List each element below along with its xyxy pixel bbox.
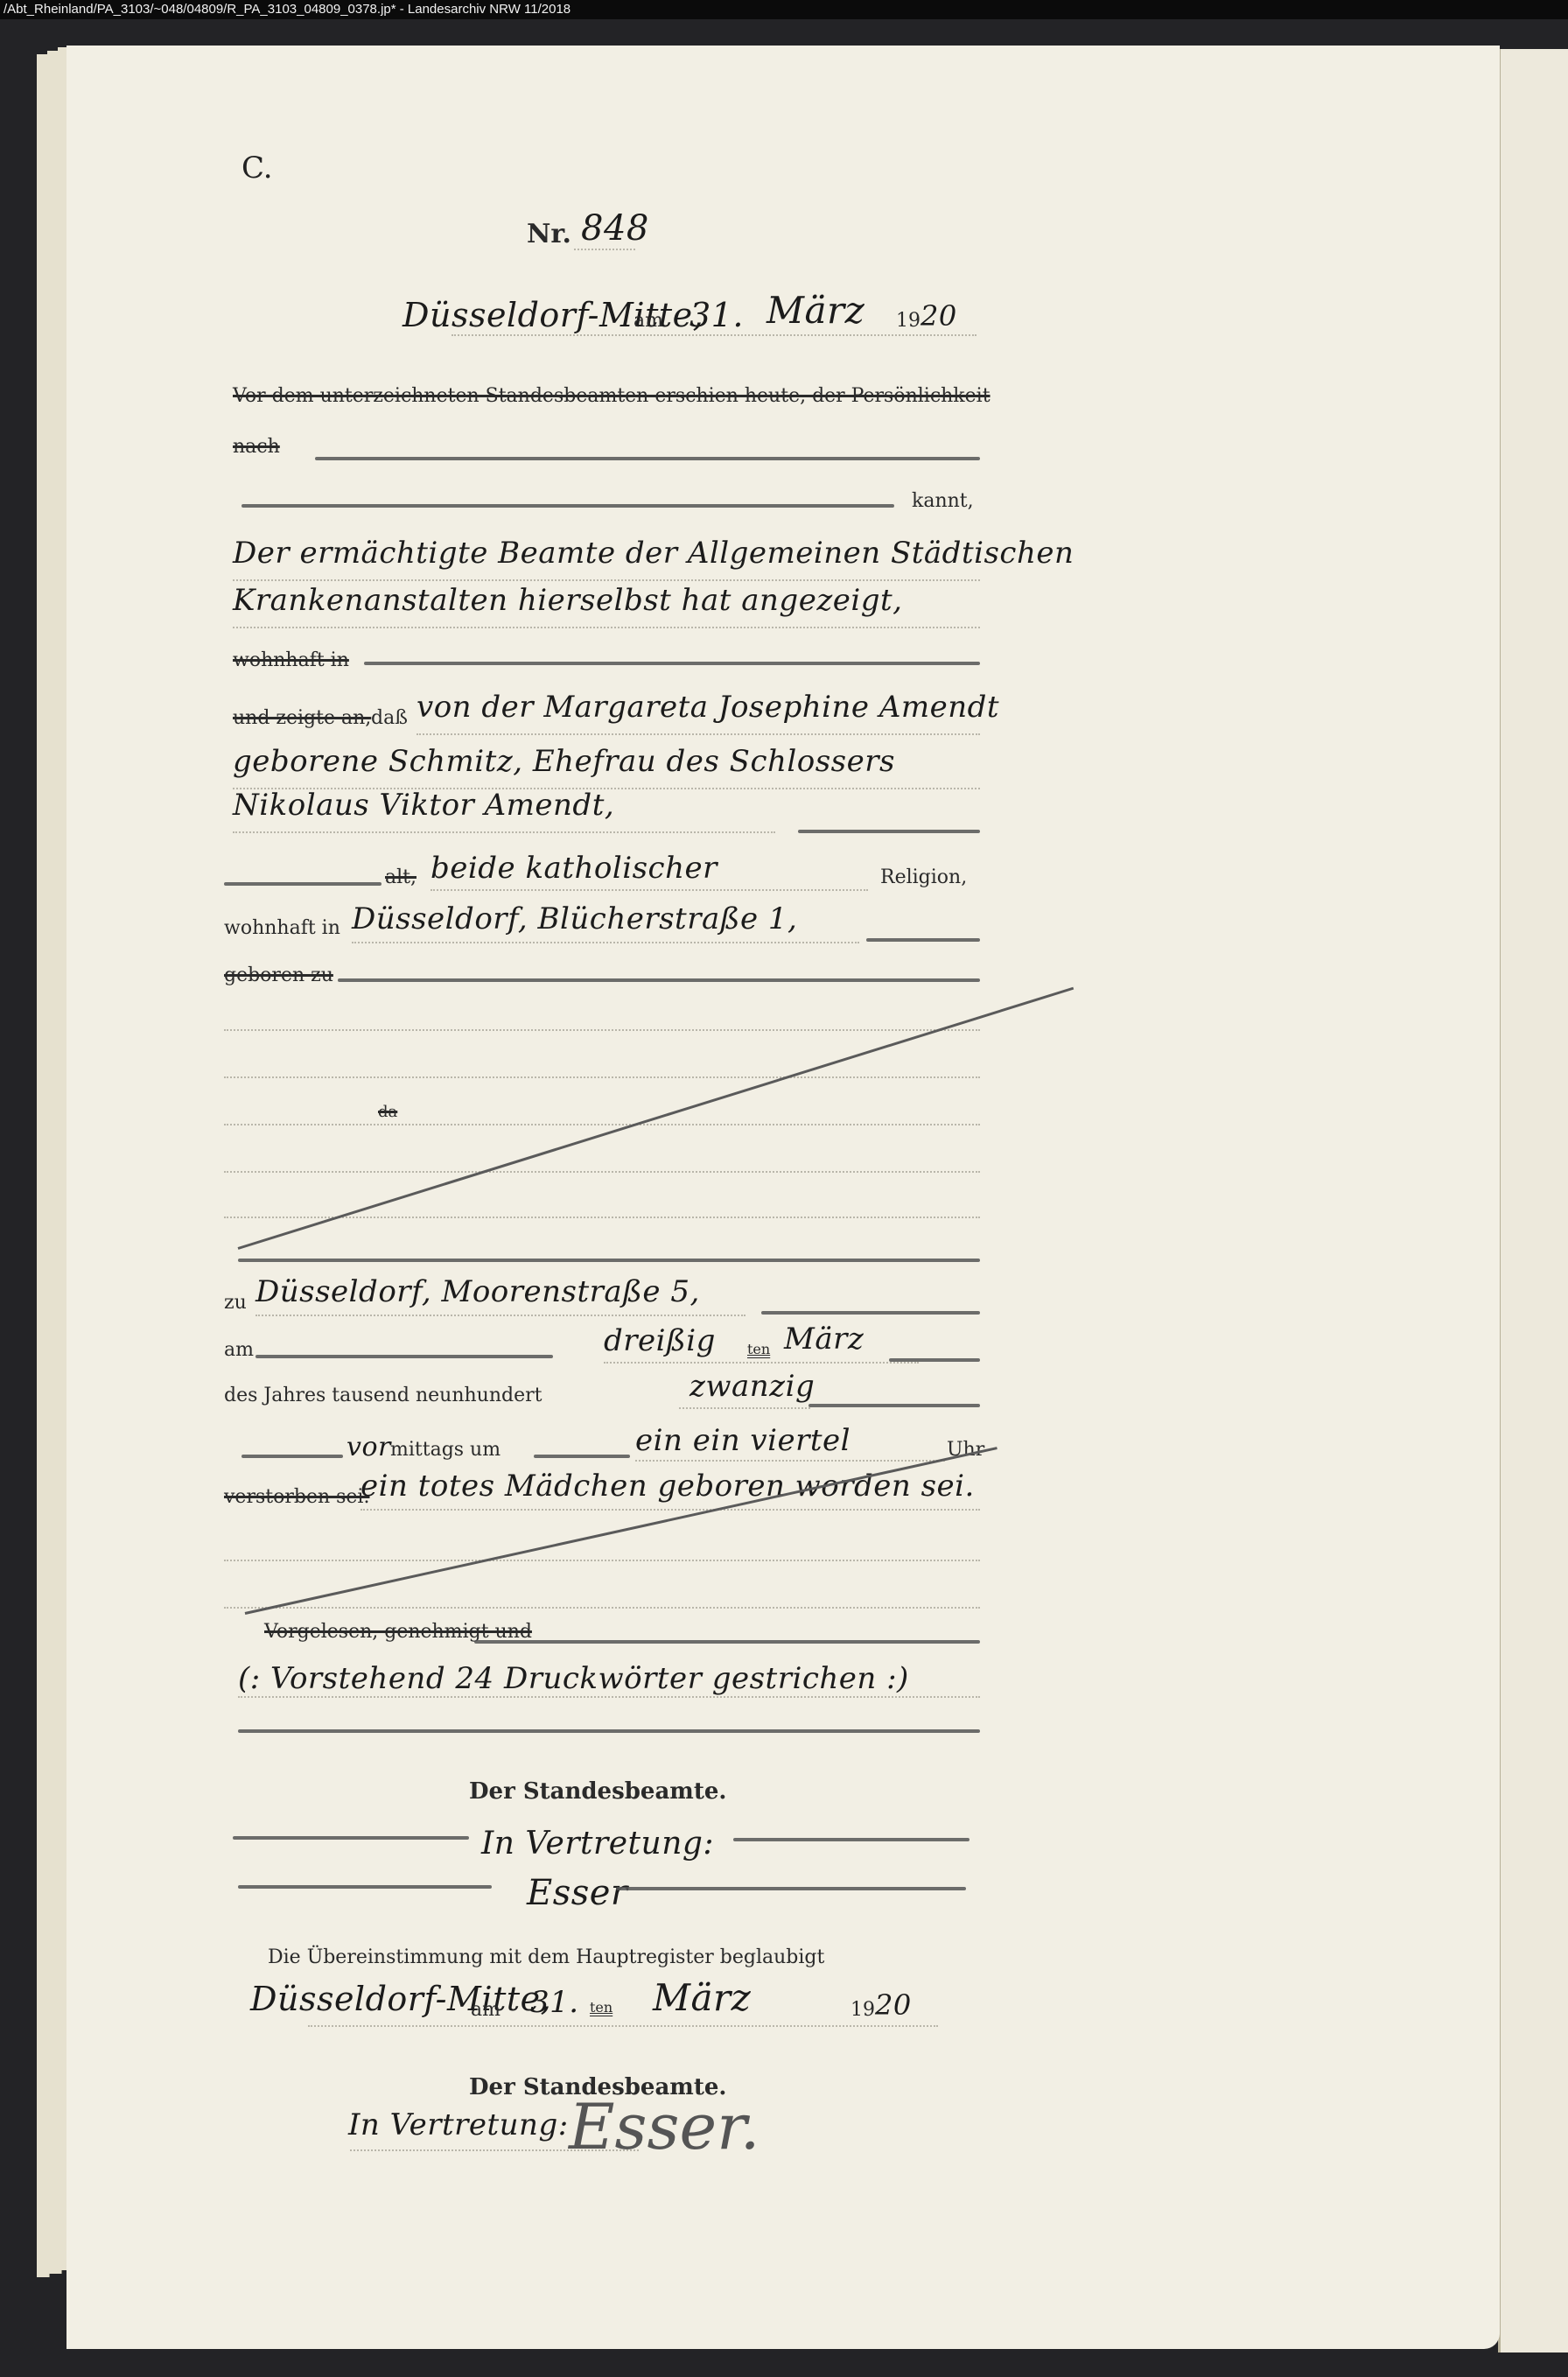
- struck-verstorben-sei: verstorben sei.: [224, 1486, 369, 1508]
- dotted-line: [574, 249, 635, 250]
- dotted-line: [224, 1171, 980, 1173]
- dotted-line: [224, 1029, 980, 1031]
- dotted-line: [360, 1509, 980, 1511]
- cancel-line: [241, 504, 894, 508]
- hand-residence: Düsseldorf, Blücherstraße 1,: [352, 901, 797, 936]
- hand-correction-note: (: Vorstehend 24 Druckwörter gestrichen …: [238, 1661, 909, 1696]
- dotted-line: [635, 1460, 945, 1462]
- void-diagonal-line: [238, 987, 1074, 1250]
- struck-intro-text: Vor dem unterzeichneten Standesbeamten e…: [233, 385, 990, 407]
- printed-kannt: kannt,: [912, 490, 974, 512]
- hand-event-day: dreißig: [604, 1323, 716, 1358]
- struck-zeigte-an: und zeigte an,: [233, 707, 371, 729]
- dotted-line: [416, 733, 980, 735]
- window-title-bar: /Abt_Rheinland/PA_3103/~048/04809/R_PA_3…: [0, 0, 1568, 19]
- hand-in-vertretung: In Vertretung:: [481, 1826, 714, 1862]
- hand-mother-line-1: von der Margareta Josephine Amendt: [416, 690, 999, 725]
- struck-geboren-zu: geboren zu: [224, 964, 333, 986]
- registrar-signature: Esser: [527, 1873, 628, 1913]
- cancel-line: [364, 662, 980, 665]
- printed-mittags-um: mittags um: [390, 1439, 500, 1461]
- hand-event-place: Düsseldorf, Moorenstraße 5,: [255, 1274, 700, 1309]
- cancel-line: [224, 882, 381, 886]
- hand-informant-line-2: Krankenanstalten hierselbst hat angezeig…: [233, 583, 902, 618]
- cancel-line: [733, 1838, 969, 1841]
- dotted-line: [238, 1696, 980, 1698]
- record-number: 848: [581, 208, 649, 249]
- dotted-line: [255, 1315, 745, 1316]
- cancel-line: [866, 938, 980, 942]
- struck-wohnhaft: wohnhaft in: [233, 649, 349, 671]
- cert-month: März: [653, 1976, 751, 2019]
- hand-mother-line-2: geborene Schmitz, Ehefrau des Schlossers: [233, 744, 895, 779]
- dotted-line: [352, 942, 859, 943]
- printed-am: am: [224, 1339, 254, 1361]
- hand-event-year: zwanzig: [689, 1369, 815, 1404]
- cert-year-prefix: 19: [850, 1999, 875, 2021]
- cancel-line: [238, 1729, 980, 1733]
- cancel-line: [616, 1887, 966, 1890]
- header-day: 31.: [689, 296, 744, 334]
- header-year-prefix: 19: [896, 310, 920, 332]
- next-page-edge: [1498, 49, 1568, 2352]
- header-am: am: [633, 310, 663, 332]
- dotted-line: [451, 334, 976, 336]
- cancel-line: [474, 1640, 980, 1644]
- cancel-line: [233, 1836, 469, 1840]
- header-year-suffix: 20: [920, 299, 957, 333]
- cancel-line: [255, 1355, 553, 1358]
- dotted-line: [224, 1607, 980, 1609]
- dotted-line: [224, 1076, 980, 1078]
- cert-day: 31.: [530, 1985, 579, 2020]
- hand-vor: vor: [346, 1432, 391, 1462]
- cancel-line: [338, 978, 980, 982]
- cert-year-suffix: 20: [875, 1988, 912, 2022]
- struck-nach: nach: [233, 436, 280, 458]
- hand-event-time: ein ein viertel: [635, 1423, 850, 1458]
- cancel-line: [534, 1455, 630, 1458]
- dotted-line: [430, 889, 868, 891]
- printed-year-text: des Jahres tausend neunhundert: [224, 1385, 542, 1406]
- dotted-line: [308, 2025, 938, 2027]
- printed-religion: Religion,: [880, 866, 967, 888]
- cert-in-vertretung: In Vertretung:: [348, 2107, 569, 2142]
- printed-dass: daß: [371, 707, 408, 729]
- cancel-line: [315, 457, 980, 460]
- dotted-line: [224, 1124, 980, 1125]
- dotted-line: [233, 579, 980, 581]
- cancel-line: [798, 830, 980, 833]
- cancel-line: [889, 1358, 980, 1362]
- cancel-line: [238, 1885, 492, 1889]
- certification-text: Die Übereinstimmung mit dem Hauptregiste…: [268, 1946, 824, 1968]
- hand-religion: beide katholischer: [430, 851, 717, 886]
- cert-signature: Esser.: [569, 2090, 759, 2163]
- printed-ten: ten: [747, 1341, 770, 1357]
- printed-zu: zu: [224, 1292, 247, 1314]
- dotted-line: [233, 831, 775, 833]
- printed-wohnhaft: wohnhaft in: [224, 917, 340, 939]
- number-label: Nr.: [527, 219, 571, 249]
- struck-da: da: [378, 1103, 397, 1121]
- hand-informant-line-1: Der ermächtigte Beamte der Allgemeinen S…: [233, 536, 1074, 571]
- header-month: März: [766, 289, 864, 332]
- cancel-line: [241, 1455, 343, 1458]
- struck-alt: alt,: [385, 866, 416, 888]
- dotted-line: [604, 1362, 919, 1364]
- hand-mother-line-3: Nikolaus Viktor Amendt,: [233, 788, 614, 823]
- register-page: C. Nr. 848 Düsseldorf-Mitte, am 31. März…: [66, 46, 1500, 2349]
- cancel-line: [238, 1259, 980, 1262]
- dotted-line: [233, 627, 980, 628]
- cancel-line: [761, 1311, 980, 1315]
- signature-heading: Der Standesbeamte.: [469, 1778, 726, 1805]
- cert-am: am: [471, 1999, 500, 2021]
- form-letter: C.: [241, 151, 273, 186]
- cert-place: Düsseldorf-Mitte,: [250, 1980, 551, 2018]
- cancel-line: [808, 1404, 980, 1407]
- dotted-line: [224, 1560, 980, 1561]
- dotted-line: [679, 1407, 810, 1409]
- cert-ten: ten: [590, 1999, 612, 2016]
- hand-event-month: März: [784, 1322, 864, 1357]
- window-title: /Abt_Rheinland/PA_3103/~048/04809/R_PA_3…: [3, 2, 570, 17]
